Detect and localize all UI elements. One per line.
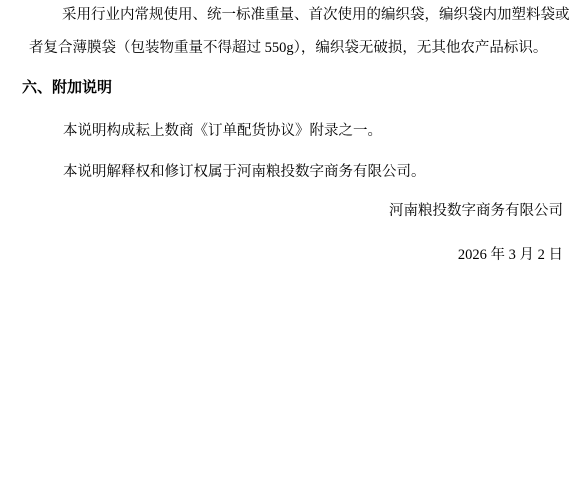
document-page: 采用行业内常规使用、统一标准重量、首次使用的编织袋，编织袋内加塑料袋或 者复合薄… xyxy=(0,0,576,481)
paragraph-interpretation-rights: 本说明解释权和修订权属于河南粮投数字商务有限公司。 xyxy=(63,164,426,181)
paragraph-packaging-line-2: 者复合薄膜袋（包装物重量不得超过 550g），编织袋无破损，无其他农产品标识。 xyxy=(29,40,547,57)
section-heading-additional-notes: 六、附加说明 xyxy=(22,80,112,97)
signature-date: 2026 年 3 月 2 日 xyxy=(458,247,563,264)
paragraph-packaging-line-1: 采用行业内常规使用、统一标准重量、首次使用的编织袋，编织袋内加塑料袋或 xyxy=(62,7,570,24)
paragraph-appendix-clause: 本说明构成耘上数商《订单配货协议》附录之一。 xyxy=(63,123,382,140)
signature-company-name: 河南粮投数字商务有限公司 xyxy=(389,203,563,220)
